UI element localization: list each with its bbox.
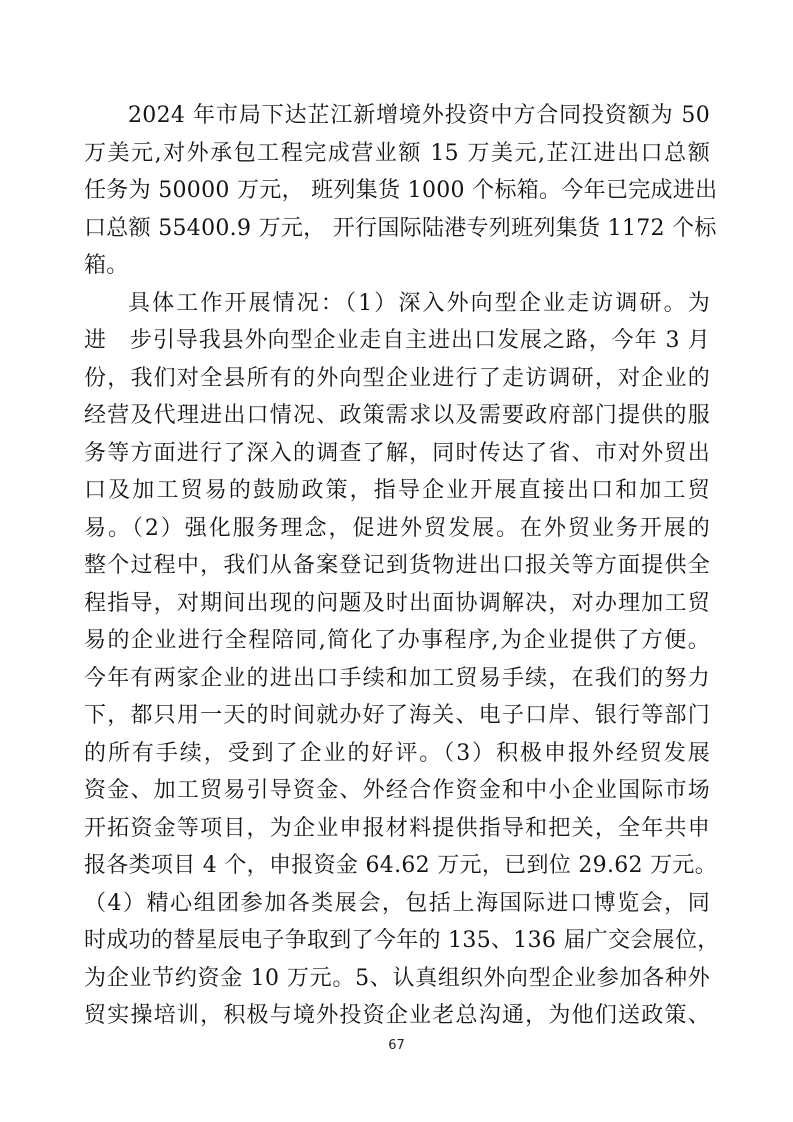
- paragraph-line: 为企业节约资金 10 万元。5、认真组织外向型企业参加各种外: [84, 960, 710, 998]
- text-body: 2024 年市局下达芷江新增境外投资中方合同投资额为 50 万美元,对外承包工程…: [84, 97, 710, 1035]
- paragraph-line: 进 步引导我县外向型企业走自主进出口发展之路，今年 3 月: [84, 322, 710, 360]
- paragraph-line: 整个过程中，我们从备案登记到货物进出口报关等方面提供全: [84, 547, 710, 585]
- paragraph-line: 开拓资金等项目，为企业申报材料提供指导和把关，全年共申: [84, 810, 710, 848]
- paragraph-line: 程指导，对期间出现的问题及时出面协调解决，对办理加工贸: [84, 585, 710, 623]
- paragraph-line: 份，我们对全县所有的外向型企业进行了走访调研，对企业的: [84, 360, 710, 398]
- paragraph-line: 易。（2）强化服务理念，促进外贸发展。在外贸业务开展的: [84, 510, 710, 548]
- paragraph-line: 今年有两家企业的进出口手续和加工贸易手续，在我们的努力: [84, 660, 710, 698]
- paragraph-line: 任务为 50000 万元， 班列集货 1000 个标箱。今年已完成进出: [84, 172, 710, 210]
- paragraph-line: 贸实操培训，积极与境外投资企业老总沟通，为他们送政策、: [84, 997, 710, 1035]
- paragraph-line: 2024 年市局下达芷江新增境外投资中方合同投资额为 50: [84, 97, 710, 135]
- paragraph-line: 箱。: [84, 247, 710, 285]
- paragraph-line: 万美元,对外承包工程完成营业额 15 万美元,芷江进出口总额: [84, 135, 710, 173]
- paragraph-line: 经营及代理进出口情况、政策需求以及需要政府部门提供的服: [84, 397, 710, 435]
- paragraph-line: 口及加工贸易的鼓励政策，指导企业开展直接出口和加工贸: [84, 472, 710, 510]
- paragraph-line: 易的企业进行全程陪同,简化了办事程序,为企业提供了方便。: [84, 622, 710, 660]
- document-page: 2024 年市局下达芷江新增境外投资中方合同投资额为 50 万美元,对外承包工程…: [0, 0, 793, 1122]
- page-number: 67: [0, 1038, 793, 1053]
- paragraph-line: 具体工作开展情况：（1）深入外向型企业走访调研。为: [84, 285, 710, 323]
- paragraph-line: 下，都只用一天的时间就办好了海关、电子口岸、银行等部门: [84, 697, 710, 735]
- paragraph-line: 的所有手续，受到了企业的好评。（3）积极申报外经贸发展: [84, 735, 710, 773]
- paragraph-line: （4）精心组团参加各类展会，包括上海国际进口博览会，同: [84, 885, 710, 923]
- paragraph-line: 时成功的替星辰电子争取到了今年的 135、136 届广交会展位，: [84, 922, 710, 960]
- paragraph-line: 务等方面进行了深入的调查了解，同时传达了省、市对外贸出: [84, 435, 710, 473]
- paragraph-line: 资金、加工贸易引导资金、外经合作资金和中小企业国际市场: [84, 772, 710, 810]
- paragraph-line: 口总额 55400.9 万元， 开行国际陆港专列班列集货 1172 个标: [84, 210, 710, 248]
- paragraph-line: 报各类项目 4 个，申报资金 64.62 万元，已到位 29.62 万元。: [84, 847, 710, 885]
